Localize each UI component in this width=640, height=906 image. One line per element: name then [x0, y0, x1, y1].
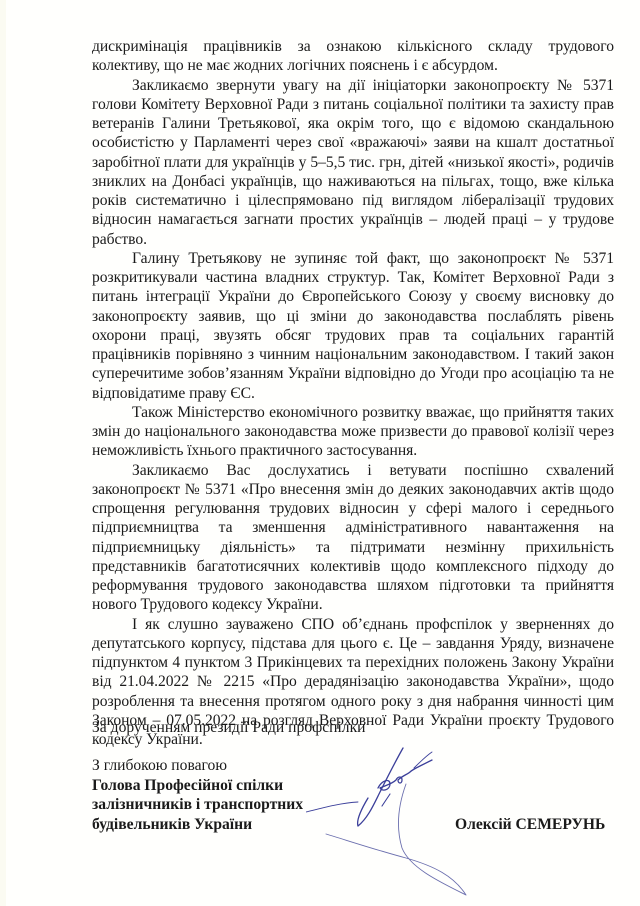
- paragraph: Закликаємо звернути увагу на дії ініціат…: [92, 76, 614, 249]
- document-body: дискримінація працівників за ознакою кіл…: [92, 37, 614, 749]
- closing-block: З глибокою повагою Голова Професійної сп…: [92, 756, 303, 834]
- paragraph: Також Міністерство економічного розвитку…: [92, 403, 614, 461]
- signer-title-line: будівельників України: [92, 815, 303, 835]
- salutation: З глибокою повагою: [92, 756, 303, 776]
- signer-name: Олексій СЕМЕРУНЬ: [455, 815, 605, 834]
- paragraph: дискримінація працівників за ознакою кіл…: [92, 37, 614, 76]
- mandate-line: За дорученням президії Ради профспілки: [92, 718, 366, 737]
- document-page: дискримінація працівників за ознакою кіл…: [0, 0, 640, 906]
- signer-title-line: залізничників і транспортних: [92, 795, 303, 815]
- paragraph: Закликаємо Вас дослухатись і ветувати по…: [92, 461, 614, 615]
- signer-title-line: Голова Професійної спілки: [92, 776, 303, 796]
- paragraph: Галину Третьякову не зупиняє той факт, щ…: [92, 249, 614, 403]
